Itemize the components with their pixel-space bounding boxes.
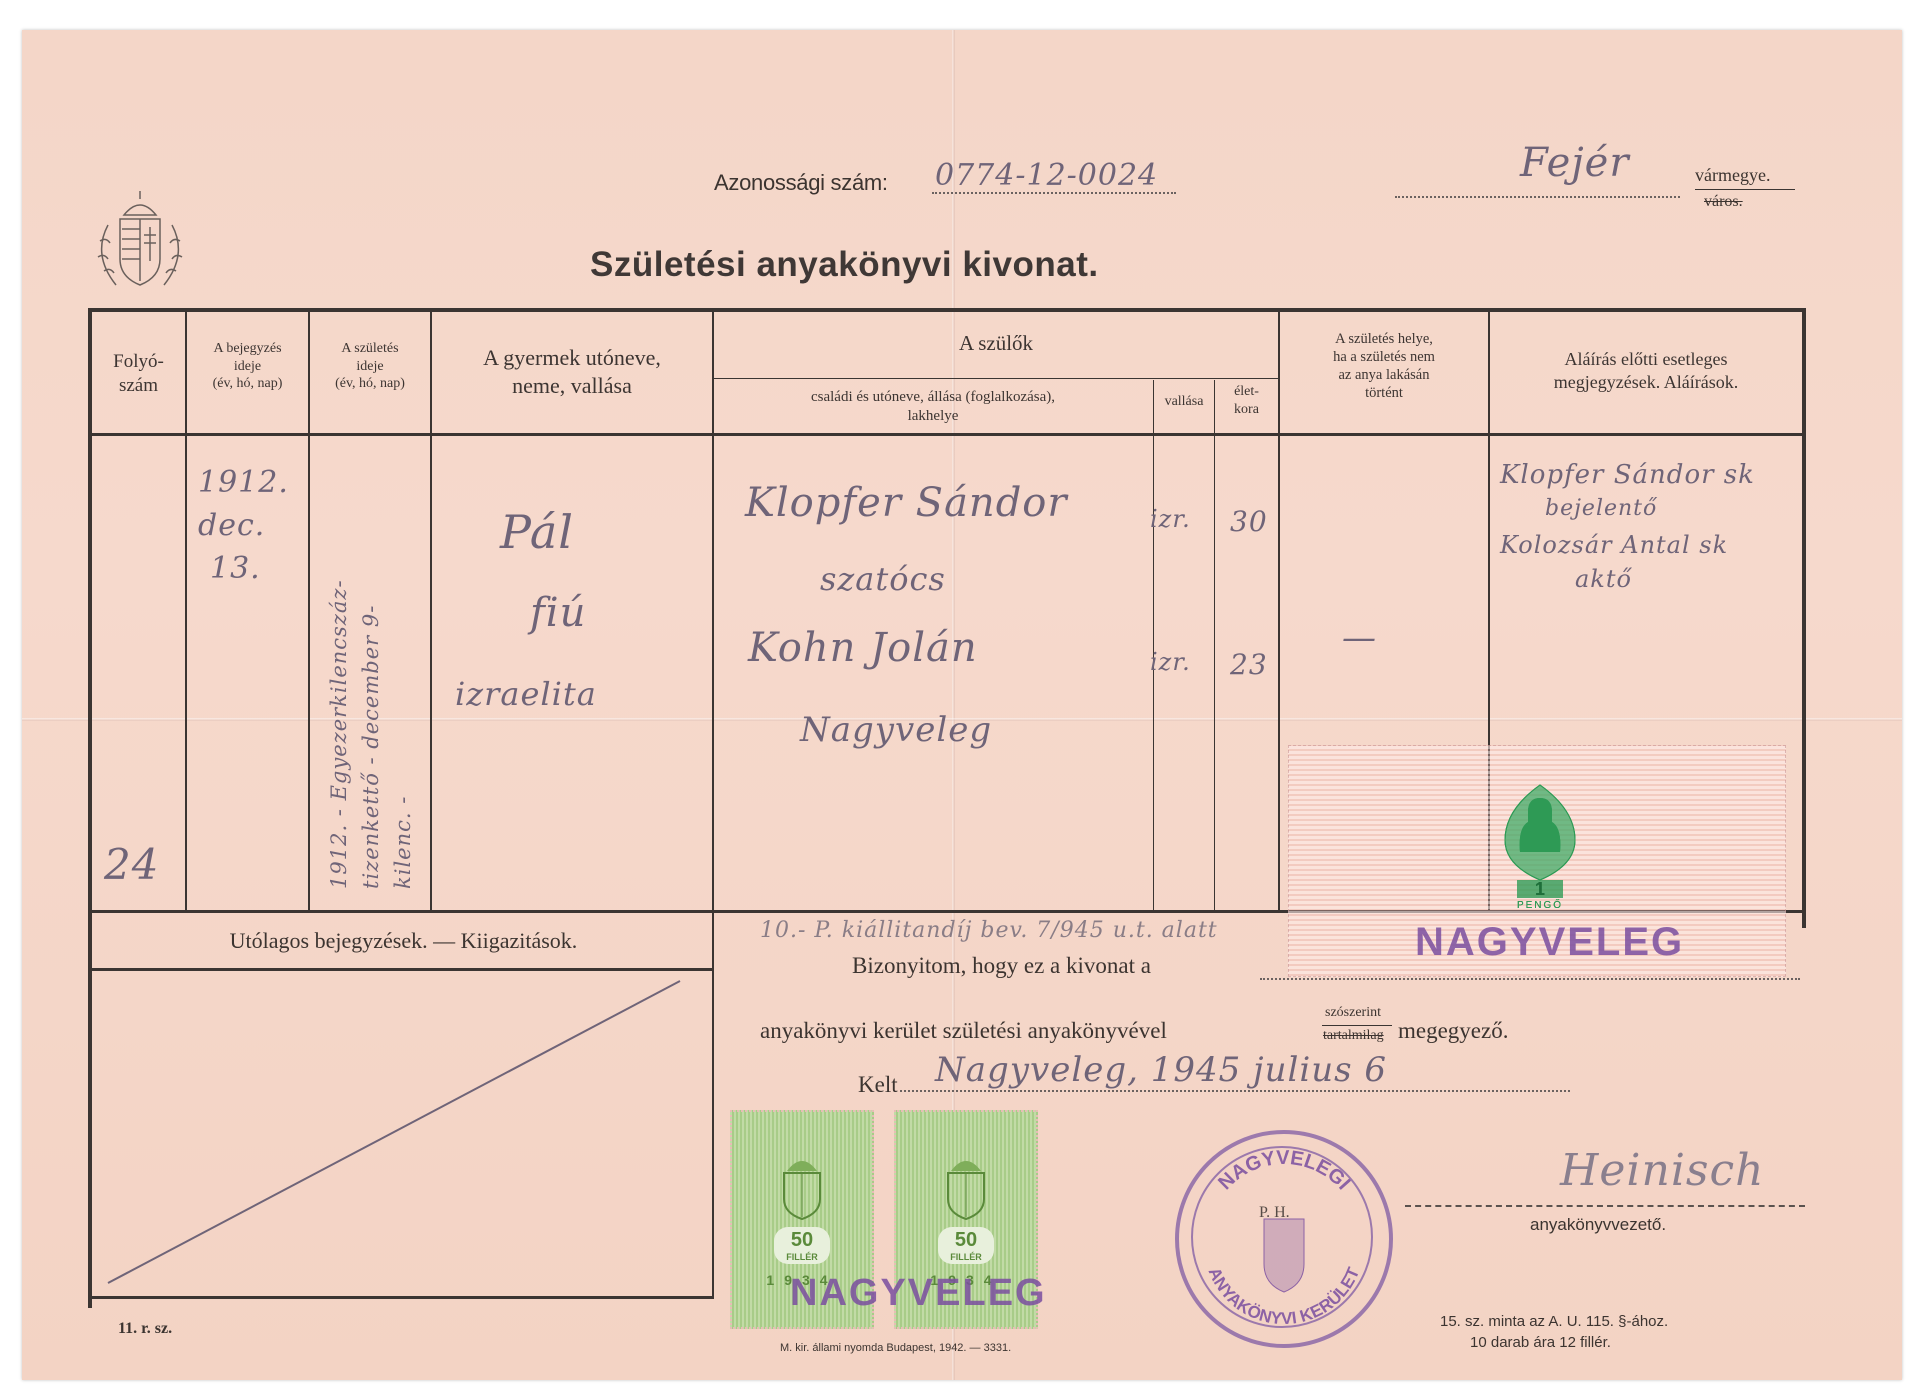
residence: Nagyveleg xyxy=(800,710,992,750)
filler-overprint: NAGYVELEG xyxy=(790,1272,1047,1315)
child-sex: fiú xyxy=(530,590,586,636)
table-header-bottom xyxy=(88,433,1806,436)
later-entries-right xyxy=(712,968,714,1298)
header-registration-date: A bejegyzés ideje (év, hó, nap) xyxy=(187,340,308,393)
later-entries-label: Utólagos bejegyzések. — Kiigazitások. xyxy=(95,928,712,954)
option-divider xyxy=(1322,1025,1392,1026)
kelt-label: Kelt xyxy=(858,1072,898,1098)
col-divider xyxy=(1214,380,1215,910)
certification-suffix: megegyező. xyxy=(1398,1018,1508,1044)
id-dotted-line xyxy=(932,192,1176,194)
city-label-struck: város. xyxy=(1704,193,1743,211)
header-birth-date: A születés ideje (év, hó, nap) xyxy=(310,340,430,393)
printer-note: M. kir. állami nyomda Budapest, 1942. — … xyxy=(780,1342,1011,1354)
cell-birth-date: 1912. - Egyezerkilencszáz- tizenkettő - … xyxy=(316,450,426,905)
cancel-diagonal-line xyxy=(100,975,700,1290)
certification-line2: anyakönyvi kerület születési anyakönyvév… xyxy=(760,1018,1167,1044)
mother-religion: izr. xyxy=(1150,648,1191,676)
mother-age: 23 xyxy=(1230,648,1268,681)
header-parents-age: élet- kora xyxy=(1215,383,1278,418)
hungarian-coat-of-arms-icon xyxy=(86,185,194,295)
reg-day: 13. xyxy=(210,551,320,586)
header-remarks: Aláírás előtti esetleges megjegyzések. A… xyxy=(1490,348,1802,393)
parents-subheader-divider xyxy=(712,378,1279,379)
sample-note-2: 10 darab ára 12 fillér. xyxy=(1470,1334,1611,1351)
col-divider xyxy=(712,310,714,1080)
col-divider xyxy=(430,310,432,910)
cell-serial: 24 xyxy=(104,840,159,889)
header-parents-name: családi és utóneve, állása (foglalkozása… xyxy=(714,388,1152,426)
child-name: Pál xyxy=(500,505,574,559)
table-top-border xyxy=(88,308,1806,312)
seal-center-text: P. H. xyxy=(1259,1204,1290,1222)
county-divider xyxy=(1695,189,1795,190)
signature-label: anyakönyvvezető. xyxy=(1530,1215,1666,1235)
col-divider xyxy=(1153,380,1154,910)
form-code: 11. r. sz. xyxy=(118,1320,172,1338)
birth-date-line: tizenkettő - december 9- xyxy=(359,439,383,889)
id-value: 0774-12-0024 xyxy=(935,158,1158,193)
county-value: Fejér xyxy=(1520,140,1629,186)
birth-date-line: 1912. - Egyezerkilencszáz- xyxy=(327,439,351,889)
option-struck: tartalmilag xyxy=(1323,1028,1384,1044)
remark-line: Kolozsár Antal sk xyxy=(1500,531,1800,559)
svg-text:1: 1 xyxy=(1535,879,1545,899)
birth-place: — xyxy=(1342,618,1377,658)
page-title: Születési anyakönyvi kivonat. xyxy=(590,245,1099,285)
fee-note: 10.- P. kiállitandíj bev. 7/945 u.t. ala… xyxy=(760,918,1218,943)
remark-line: Klopfer Sándor sk xyxy=(1500,460,1800,490)
header-serial: Folyó- szám xyxy=(92,350,185,398)
certification-line1: Bizonyitom, hogy ez a kivonat a xyxy=(852,953,1151,979)
pengo-stamps: 1PENGŐ1PENGŐ1PENGŐ xyxy=(1300,780,1780,940)
svg-text:NAGYVELEGI: NAGYVELEGI xyxy=(1214,1147,1354,1194)
remark-line: aktő xyxy=(1575,565,1875,593)
father-name: Klopfer Sándor xyxy=(745,480,1068,526)
county-label: vármegye. xyxy=(1695,165,1770,186)
child-religion: izraelita xyxy=(455,675,597,713)
later-entries-bottom xyxy=(88,1296,714,1299)
birth-date-line: kilenc. - xyxy=(391,439,415,889)
header-parents: A szülők xyxy=(714,330,1278,356)
remark-line: bejelentő xyxy=(1545,496,1845,521)
table-right-border xyxy=(1802,308,1806,928)
registrar-signature: Heinisch xyxy=(1560,1145,1764,1196)
kelt-value: Nagyveleg, 1945 julius 6 xyxy=(935,1050,1387,1090)
id-label: Azonossági szám: xyxy=(714,170,888,196)
option-verbatim: szószerint xyxy=(1325,1005,1381,1021)
header-birth-place: A születés helye, ha a születés nem az a… xyxy=(1280,330,1488,403)
county-dotted-line xyxy=(1395,196,1680,198)
cell-registration-date: 1912. dec. 13. xyxy=(198,465,308,586)
header-child: A gyermek utóneve, neme, vallása xyxy=(432,344,712,399)
col-divider xyxy=(185,310,187,910)
mother-name: Kohn Jolán xyxy=(748,625,978,671)
table-left-border xyxy=(88,308,92,1308)
reg-year: 1912. xyxy=(198,465,308,500)
later-entries-divider xyxy=(88,968,714,971)
registry-seal: NAGYVELEGI ANYAKÖNYVI KERÜLET P. H. xyxy=(1175,1130,1393,1348)
pengo-overprint: NAGYVELEG xyxy=(1415,920,1684,965)
cell-remarks: Klopfer Sándor sk bejelentő Kolozsár Ant… xyxy=(1500,460,1800,593)
reg-month: dec. xyxy=(198,508,308,543)
pengo-revenue-stamp: 1PENGŐ xyxy=(1495,780,1585,911)
father-occupation: szatócs xyxy=(820,560,946,598)
father-age: 30 xyxy=(1230,505,1268,538)
sample-note-1: 15. sz. minta az A. U. 115. §-ához. xyxy=(1440,1313,1668,1330)
district-dotted-line xyxy=(1260,978,1800,980)
col-divider xyxy=(308,310,310,910)
signature-dotted-line xyxy=(1405,1205,1805,1207)
father-religion: izr. xyxy=(1150,505,1191,533)
header-parents-religion: vallása xyxy=(1154,393,1214,411)
kelt-dotted-line xyxy=(900,1090,1570,1092)
